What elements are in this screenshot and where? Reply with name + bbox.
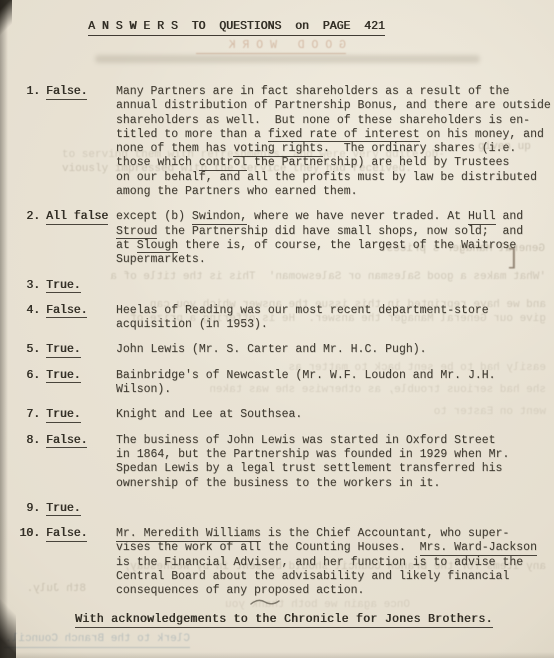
item-answer: False. xyxy=(46,434,116,448)
answer-item: 10.False.Mr. Meredith Williams is the Ch… xyxy=(18,527,548,598)
underlined-text: control xyxy=(199,156,247,171)
item-answer-text: False. xyxy=(46,304,87,319)
item-answer-text: True. xyxy=(46,408,81,423)
scan-edge-left xyxy=(0,0,8,658)
item-answer-text: False. xyxy=(46,85,87,100)
answer-item: 3.True. xyxy=(18,279,548,293)
answer-item: 4.False.Heelas of Reading was our most r… xyxy=(18,304,548,333)
scan-corner-top-left xyxy=(0,0,12,36)
underlined-text: Slough xyxy=(137,239,178,254)
item-answer: False. xyxy=(46,527,116,541)
underlined-text: Mrs. Ward-Jackson xyxy=(420,541,537,556)
typed-line: shareholders as well. But none of these … xyxy=(116,114,548,128)
answer-item: 2.All falseexcept (b) Swindon, where we … xyxy=(18,210,548,267)
underlined-text: Swindon, xyxy=(192,210,247,225)
item-number: 9. xyxy=(18,502,40,516)
typed-line: Bainbridge's of Newcastle (Mr. W.F. Loud… xyxy=(116,369,548,383)
typed-line: Wilson). xyxy=(116,383,548,397)
item-body: The business of John Lewis was started i… xyxy=(116,434,548,491)
item-answer: True. xyxy=(46,502,116,516)
typed-line: on our behalf, and all the profits must … xyxy=(116,171,548,185)
item-number: 3. xyxy=(18,279,40,293)
underlined-text: Hull xyxy=(468,210,496,225)
item-answer: All false xyxy=(46,210,116,224)
item-body: Knight and Lee at Southsea. xyxy=(116,408,548,422)
scan-corner-bottom-left xyxy=(0,586,16,658)
typed-line: those which control the Partnership) are… xyxy=(116,156,548,170)
item-answer-text: All false xyxy=(46,210,108,225)
item-answer-text: True. xyxy=(46,502,81,517)
underlined-text: Mr. Meredith Williams xyxy=(116,527,261,542)
answer-item: 5.True.John Lewis (Mr. S. Carter and Mr.… xyxy=(18,343,548,357)
item-answer: True. xyxy=(46,369,116,383)
item-number: 7. xyxy=(18,408,40,422)
typed-line: Spedan Lewis by a legal trust settlement… xyxy=(116,462,548,476)
typed-line: titled to more than a fixed rate of inte… xyxy=(116,128,548,142)
bleedthrough-text: G O O D W O R K xyxy=(196,39,346,54)
typed-line: except (b) Swindon, where we have never … xyxy=(116,210,548,224)
item-number: 8. xyxy=(18,434,40,448)
item-body: except (b) Swindon, where we have never … xyxy=(116,210,548,267)
item-answer: True. xyxy=(46,279,116,293)
item-number: 1. xyxy=(18,85,40,99)
item-answer-text: False. xyxy=(46,434,87,449)
underlined-text: Stroud xyxy=(116,225,157,240)
typed-line: is the Financial Adviser, and her functi… xyxy=(116,556,548,570)
item-answer-text: True. xyxy=(46,343,81,358)
bleedthrough-text: Clerk to the Branch Council. xyxy=(4,633,190,648)
answer-item: 1.False.Many Partners are in fact shareh… xyxy=(18,85,548,199)
item-number: 6. xyxy=(18,369,40,383)
answer-item: 8.False.The business of John Lewis was s… xyxy=(18,434,548,491)
item-number: 5. xyxy=(18,343,40,357)
typed-line: vises the work of all the Counting House… xyxy=(116,541,548,555)
typed-line: Mr. Meredith Williams is the Chief Accou… xyxy=(116,527,548,541)
item-number: 10. xyxy=(18,527,40,541)
answer-item: 6.True.Bainbridge's of Newcastle (Mr. W.… xyxy=(18,369,548,398)
typed-line: in 1864, but the Partnership was founded… xyxy=(116,448,548,462)
typed-line: acquisition (in 1953). xyxy=(116,318,548,332)
typed-line: Many Partners are in fact shareholders a… xyxy=(116,85,548,99)
item-answer: True. xyxy=(46,408,116,422)
item-number: 4. xyxy=(18,304,40,318)
underlined-text: voting rights xyxy=(233,142,323,157)
answer-item: 9.True. xyxy=(18,502,548,516)
underlined-text: fixed rate of interest xyxy=(268,128,420,143)
typed-line: consequences of any proposed action. xyxy=(116,584,548,598)
typed-line: at Slough there is, of course, the large… xyxy=(116,239,548,253)
typed-line: The business of John Lewis was started i… xyxy=(116,434,548,448)
item-body: John Lewis (Mr. S. Carter and Mr. H.C. P… xyxy=(116,343,548,357)
typed-line: Stroud the Partnership did have small sh… xyxy=(116,225,548,239)
item-answer-text: False. xyxy=(46,527,87,542)
item-body: Mr. Meredith Williams is the Chief Accou… xyxy=(116,527,548,598)
item-body: Many Partners are in fact shareholders a… xyxy=(116,85,548,199)
typed-line: none of them has voting rights. The ordi… xyxy=(116,142,548,156)
item-answer: True. xyxy=(46,343,116,357)
item-answer: False. xyxy=(46,85,116,99)
answer-item: 7.True.Knight and Lee at Southsea. xyxy=(18,408,548,422)
item-body: Heelas of Reading was our most recent de… xyxy=(116,304,548,333)
acknowledgement-footer: With acknowledgements to the Chronicle f… xyxy=(75,613,493,628)
item-answer-text: True. xyxy=(46,369,81,384)
page-title: A N S W E R S TO QUESTIONS on PAGE 421 xyxy=(88,20,385,36)
typed-line: Heelas of Reading was our most recent de… xyxy=(116,304,548,318)
typed-line: Supermarkets. xyxy=(116,253,548,267)
typed-line: Knight and Lee at Southsea. xyxy=(116,408,548,422)
typed-line: ownership of the business to the workers… xyxy=(116,477,548,491)
document-page: Clerk to the Branch Council.Once again w… xyxy=(0,0,554,658)
answers-list: 1.False.Many Partners are in fact shareh… xyxy=(18,85,548,610)
typed-line: annual distribution of Partnership Bonus… xyxy=(116,99,548,113)
scan-edge-bottom xyxy=(0,652,554,658)
typed-line: John Lewis (Mr. S. Carter and Mr. H.C. P… xyxy=(116,343,548,357)
typed-line: Central Board about the advisability and… xyxy=(116,570,548,584)
item-answer: False. xyxy=(46,304,116,318)
item-answer-text: True. xyxy=(46,279,81,294)
bleedthrough-smudge xyxy=(95,55,480,63)
pen-squiggle-mark xyxy=(250,597,280,607)
typed-line: among the Partners who earned them. xyxy=(116,185,548,199)
item-body: Bainbridge's of Newcastle (Mr. W.F. Loud… xyxy=(116,369,548,398)
item-number: 2. xyxy=(18,210,40,224)
